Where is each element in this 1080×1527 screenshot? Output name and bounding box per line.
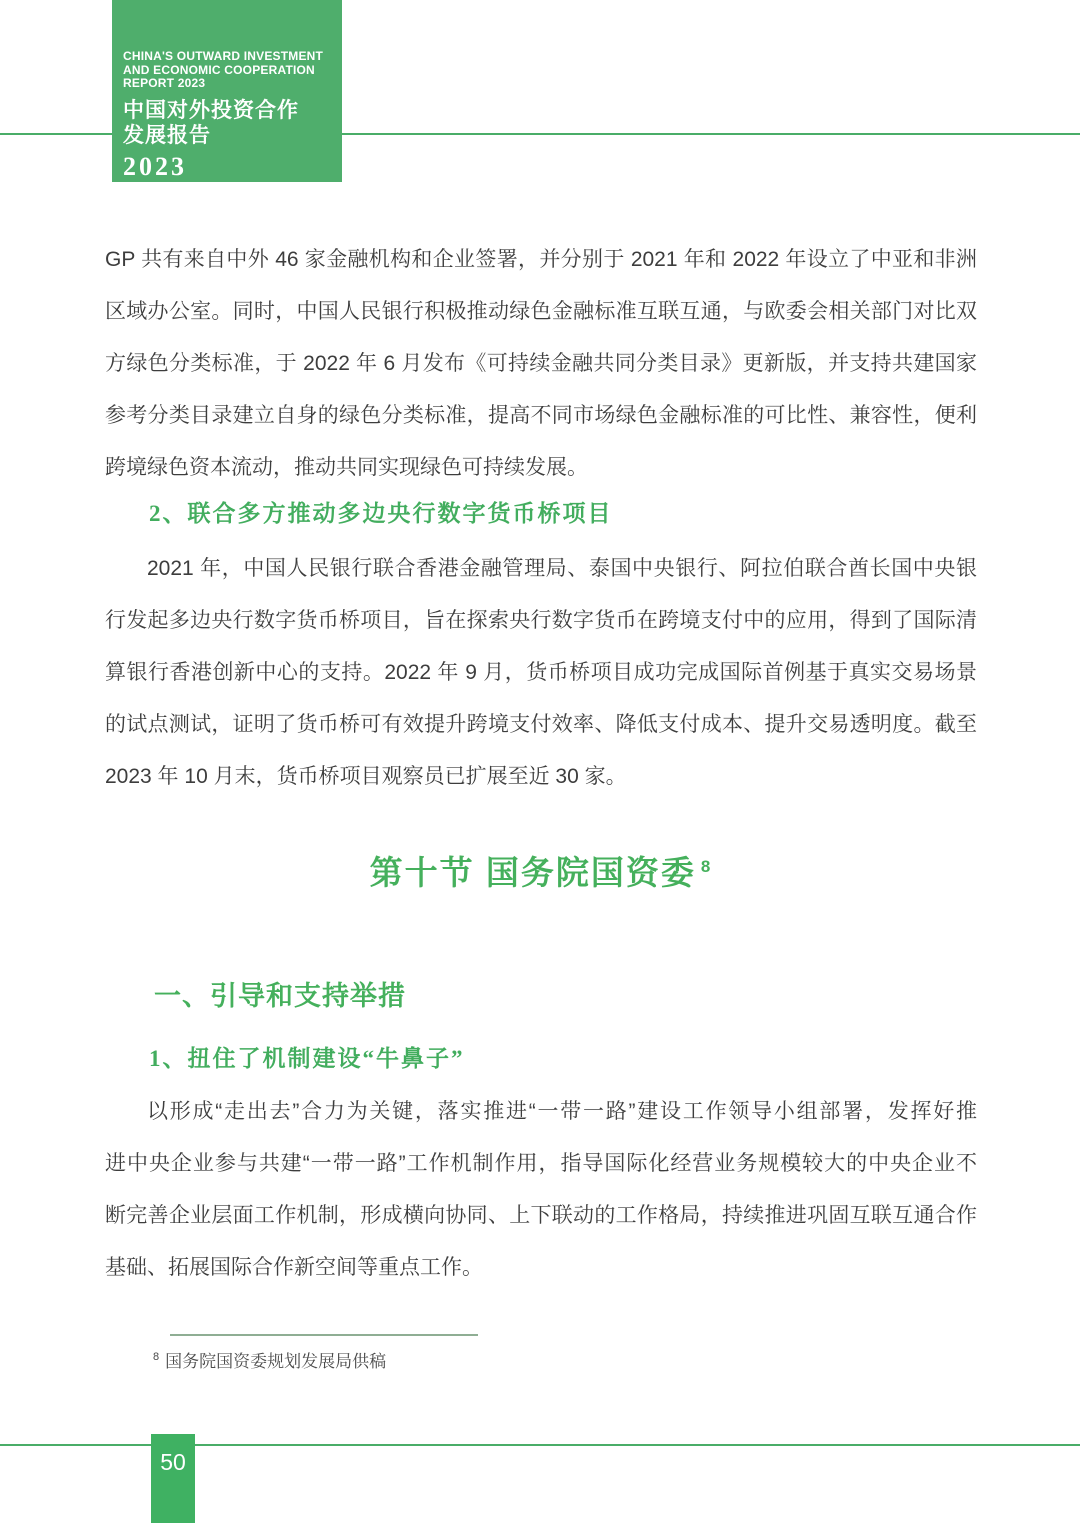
footnote: 8国务院国资委规划发展局供稿 <box>153 1350 386 1374</box>
paragraph-mbridge: 2021 年，中国人民银行联合香港金融管理局、泰国中央银行、阿拉伯联合酋长国中央… <box>105 543 977 803</box>
paragraph-line: 方绿色分类标准，于 2022 年 6 月发布《可持续金融共同分类目录》更新版，并… <box>105 338 977 390</box>
paragraph-line: 2023 年 10 月末，货币桥项目观察员已扩展至近 30 家。 <box>105 751 977 803</box>
report-title-cn-line1: 中国对外投资合作 <box>123 98 332 123</box>
paragraph-line: 基础、拓展国际合作新空间等重点工作。 <box>105 1242 977 1294</box>
subheading-mechanism: 1、扭住了机制建设“牛鼻子” <box>105 1045 977 1073</box>
paragraph-line: 的试点测试，证明了货币桥可有效提升跨境支付效率、降低支付成本、提升交易透明度。截… <box>105 699 977 751</box>
paragraph-line: 参考分类目录建立自身的绿色分类标准，提高不同市场绿色金融标准的可比性、兼容性，便… <box>105 390 977 442</box>
paragraph-line: 行发起多边央行数字货币桥项目，旨在探索央行数字货币在跨境支付中的应用，得到了国际… <box>105 595 977 647</box>
page-number-box: 50 <box>151 1434 195 1523</box>
report-brand-block: CHINA'S OUTWARD INVESTMENT AND ECONOMIC … <box>112 0 342 182</box>
subheading-mbridge: 2、联合多方推动多边央行数字货币桥项目 <box>105 500 977 528</box>
paragraph-line: 区域办公室。同时，中国人民银行积极推动绿色金融标准互联互通，与欧委会相关部门对比… <box>105 286 977 338</box>
paragraph-line: 以形成“走出去”合力为关键，落实推进“一带一路”建设工作领导小组部署，发挥好推 <box>105 1086 977 1138</box>
section-title-text: 第十节 国务院国资委 <box>370 854 696 891</box>
section-title: 第十节 国务院国资委8 <box>105 851 977 895</box>
paragraph-line: 跨境绿色资本流动，推动共同实现绿色可持续发展。 <box>105 442 977 494</box>
footnote-text: 国务院国资委规划发展局供稿 <box>165 1352 386 1371</box>
report-title-en-line2: AND ECONOMIC COOPERATION <box>123 64 332 78</box>
paragraph-mechanism: 以形成“走出去”合力为关键，落实推进“一带一路”建设工作领导小组部署，发挥好推 … <box>105 1086 977 1294</box>
paragraph-line: GP 共有来自中外 46 家金融机构和企业签署，并分别于 2021 年和 202… <box>105 234 977 286</box>
paragraph-line: 2021 年，中国人民银行联合香港金融管理局、泰国中央银行、阿拉伯联合酋长国中央… <box>105 543 977 595</box>
paragraph-line: 算银行香港创新中心的支持。2022 年 9 月，货币桥项目成功完成国际首例基于真… <box>105 647 977 699</box>
report-title-en-line1: CHINA'S OUTWARD INVESTMENT <box>123 50 332 64</box>
paragraph-line: 进中央企业参与共建“一带一路”工作机制作用，指导国际化经营业务规模较大的中央企业… <box>105 1138 977 1190</box>
report-page: CHINA'S OUTWARD INVESTMENT AND ECONOMIC … <box>0 0 1080 1527</box>
page-number: 50 <box>160 1449 186 1475</box>
footnote-ref: 8 <box>153 1351 159 1363</box>
paragraph-green-finance: GP 共有来自中外 46 家金融机构和企业签署，并分别于 2021 年和 202… <box>105 234 977 494</box>
section-title-footnote-ref: 8 <box>701 857 712 876</box>
report-title-cn-line2: 发展报告 <box>123 123 332 148</box>
report-title-en-line3: REPORT 2023 <box>123 77 332 91</box>
report-year: 2023 <box>123 152 332 182</box>
subsection-title: 一、引导和支持举措 <box>105 980 977 1012</box>
footnote-separator <box>170 1334 478 1336</box>
report-title-en: CHINA'S OUTWARD INVESTMENT AND ECONOMIC … <box>123 50 332 91</box>
report-title-cn: 中国对外投资合作 发展报告 <box>123 98 332 148</box>
paragraph-line: 断完善企业层面工作机制，形成横向协同、上下联动的工作格局，持续推进巩固互联互通合… <box>105 1190 977 1242</box>
